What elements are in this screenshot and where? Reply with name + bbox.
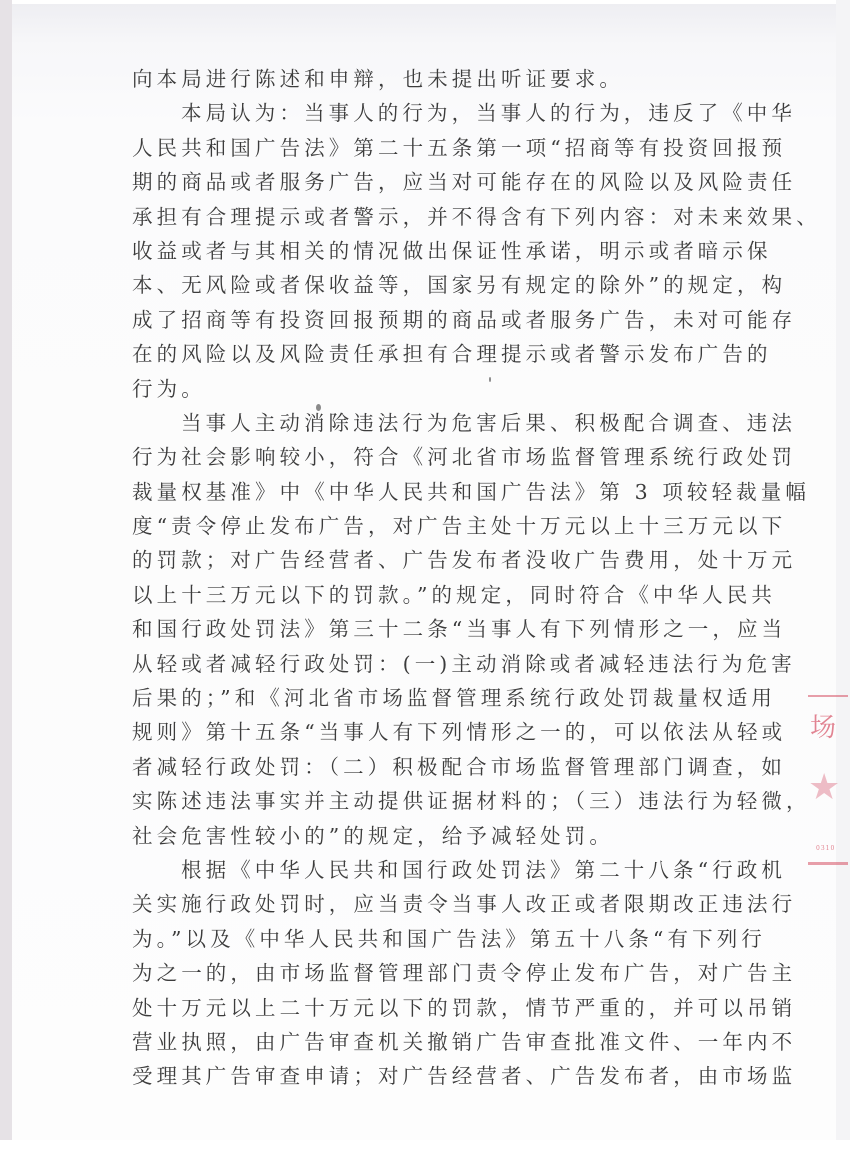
scan-right-edge (836, 0, 850, 1140)
document-body: 向本局进行陈述和申辩，也未提出听证要求。本局认为：当事人的行为，当事人的行为，违… (132, 62, 732, 1094)
text-line: 以上十三万元以下的罚款。”的规定，同时符合《中华人民共 (132, 578, 732, 612)
text-line: 行为社会影响较小，符合《河北省市场监督管理系统行政处罚 (132, 440, 732, 474)
text-line: 人民共和国广告法》第二十五条第一项“招商等有投资回报预 (132, 131, 732, 165)
text-line: 成了招商等有投资回报预期的商品或者服务广告，未对可能存 (132, 303, 732, 337)
text-line: 为之一的，由市场监督管理部门责令停止发布广告，对广告主 (132, 956, 732, 990)
text-line: 规则》第十五条“当事人有下列情形之一的，可以依法从轻或 (132, 715, 732, 749)
text-line: 者减轻行政处罚：（二）积极配合市场监督管理部门调查，如 (132, 750, 732, 784)
text-line: 承担有合理提示或者警示，并不得含有下列内容：对未来效果、 (132, 200, 732, 234)
text-line: 根据《中华人民共和国行政处罚法》第二十八条“行政机 (132, 853, 732, 887)
text-line: 在的风险以及风险责任承担有合理提示或者警示发布广告的 (132, 337, 732, 371)
text-line: 关实施行政处罚时，应当责令当事人改正或者限期改正违法行 (132, 887, 732, 921)
star-icon: ★ (808, 767, 840, 808)
text-line: 从轻或者减轻行政处罚：(一)主动消除或者减轻违法行为危害 (132, 647, 732, 681)
scan-left-strip (0, 0, 12, 1140)
text-line: 营业执照，由广告审查机关撤销广告审查批准文件、一年内不 (132, 1025, 732, 1059)
text-line: 为。”以及《中华人民共和国广告法》第五十八条“有下列行 (132, 922, 732, 956)
text-line: 裁量权基准》中《中华人民共和国广告法》第 3 项较轻裁量幅 (132, 475, 732, 509)
scan-speck (489, 377, 491, 382)
text-line: 和国行政处罚法》第三十二条“当事人有下列情形之一，应当 (132, 612, 732, 646)
text-line: 后果的；”和《河北省市场监督管理系统行政处罚裁量权适用 (132, 681, 732, 715)
text-line: 的罚款；对广告经营者、广告发布者没收广告费用，处十万元 (132, 543, 732, 577)
text-line: 收益或者与其相关的情况做出保证性承诺，明示或者暗示保 (132, 234, 732, 268)
text-line: 受理其广告审查申请；对广告经营者、广告发布者，由市场监 (132, 1059, 732, 1093)
text-line: 实陈述违法事实并主动提供证据材料的；（三）违法行为轻微， (132, 784, 732, 818)
text-line: 社会危害性较小的”的规定，给予减轻处罚。 (132, 819, 732, 853)
text-line: 期的商品或者服务广告，应当对可能存在的风险以及风险责任 (132, 165, 732, 199)
text-line: 本、无风险或者保收益等，国家另有规定的除外”的规定，构 (132, 268, 732, 302)
stamp-character: 场 (810, 707, 836, 744)
text-line: 处十万元以上二十万元以下的罚款，情节严重的，并可以吊销 (132, 991, 732, 1025)
official-seal-stamp: 场 ★ 0310 (808, 695, 848, 865)
scan-speck (316, 404, 321, 411)
text-line: 向本局进行陈述和申辩，也未提出听证要求。 (132, 62, 732, 96)
text-line: 行为。 (132, 372, 732, 406)
text-line: 本局认为：当事人的行为，当事人的行为，违反了《中华 (132, 96, 732, 130)
text-line: 当事人主动消除违法行为危害后果、积极配合调查、违法 (132, 406, 732, 440)
text-line: 度“责令停止发布广告，对广告主处十万元以上十三万元以下 (132, 509, 732, 543)
stamp-number: 0310 (816, 845, 835, 852)
